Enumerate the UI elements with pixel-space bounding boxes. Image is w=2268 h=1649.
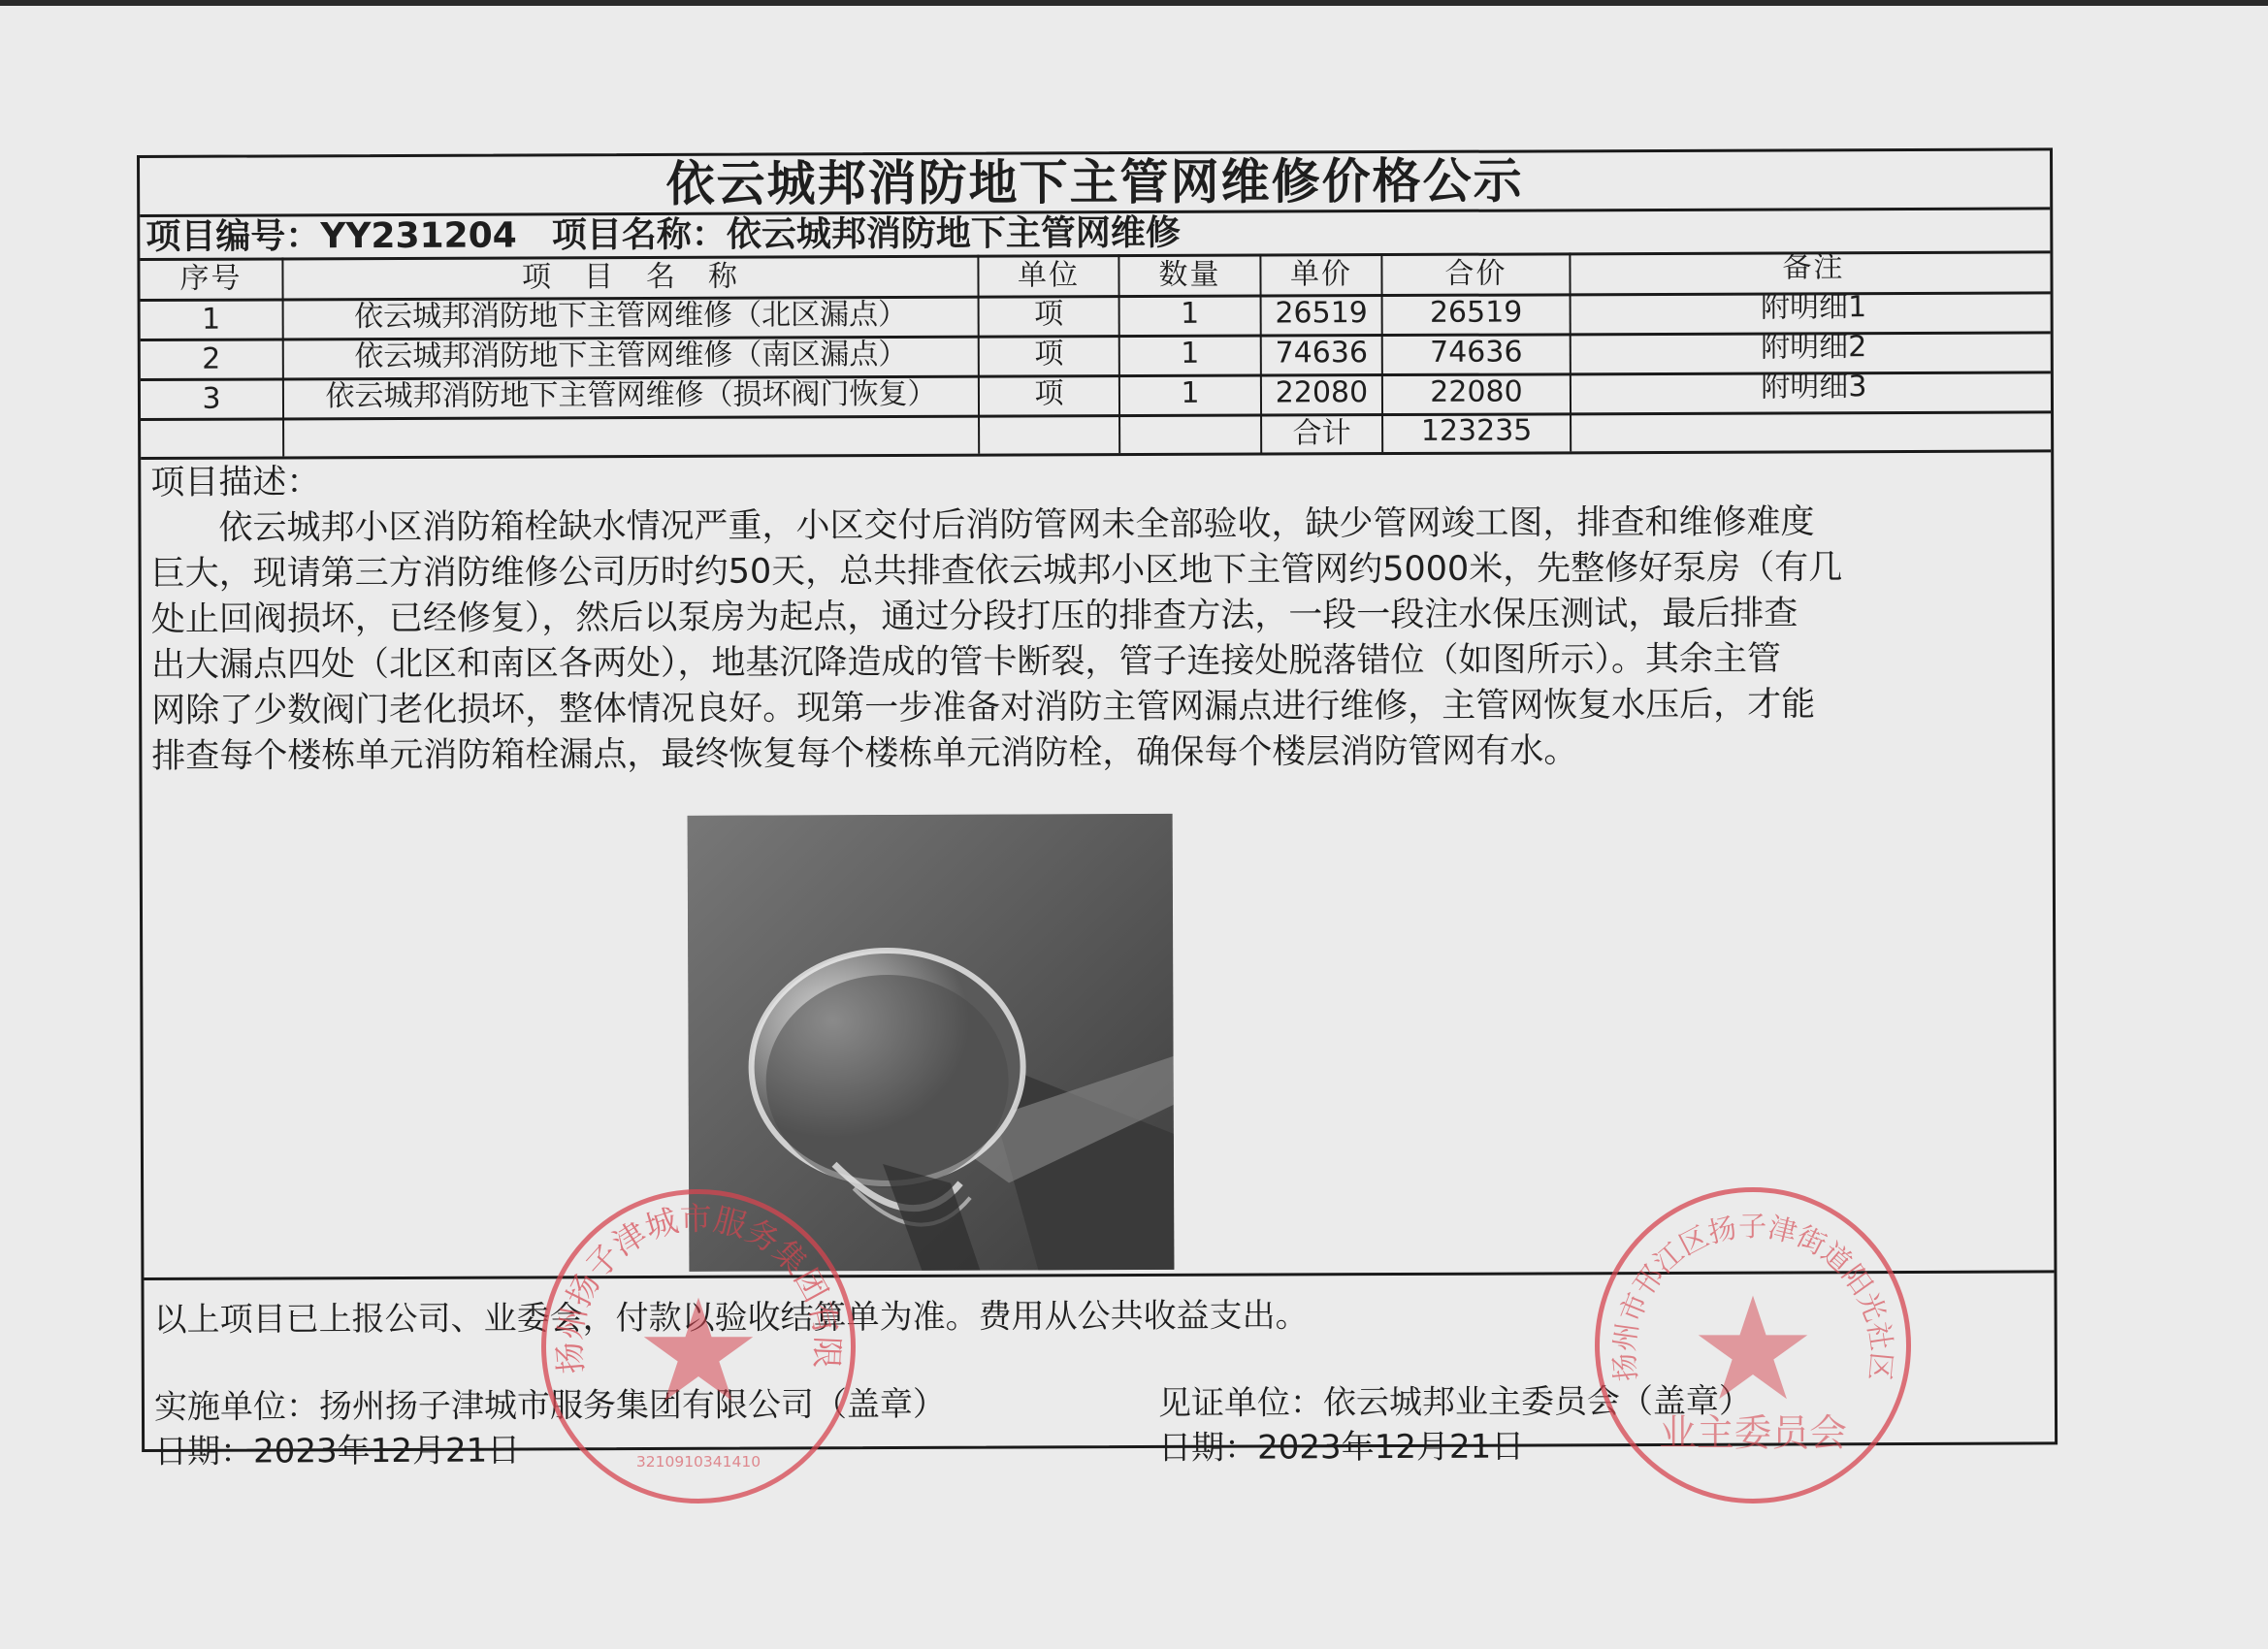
row-name: 依云城邦消防地下主管网维修（南区漏点）	[284, 337, 978, 376]
row-amount: 74636	[1383, 334, 1570, 372]
implementer-signature: 实施单位：扬州扬子津城市服务集团有限公司（盖章） 日期：2023年12月21日	[154, 1382, 946, 1474]
row-remark: 附明细2	[1571, 328, 2057, 367]
row-seq: 1	[141, 301, 282, 339]
project-no: YY231204	[320, 215, 517, 256]
row-qty: 1	[1120, 375, 1260, 413]
row-qty: 1	[1120, 336, 1260, 373]
scan-edge	[0, 0, 2268, 6]
row-price: 26519	[1262, 295, 1381, 332]
description-line: 出大漏点四处（北区和南区各两处），地基沉降造成的管卡断裂，管子连接处脱落错位（如…	[151, 636, 1843, 689]
payment-note: 以上项目已上报公司、业委会，付款以验收结算单为准。费用从公共收益支出。	[154, 1288, 1309, 1341]
project-info: 项目编号：YY231204项目名称：依云城邦消防地下主管网维修	[146, 212, 1181, 259]
description-line: 巨大，现请第三方消防维修公司历时约50天，总共排查依云城邦小区地下主管网约500…	[151, 545, 1843, 598]
row-unit: 项	[980, 296, 1118, 334]
row-unit: 项	[980, 375, 1118, 413]
description-line: 处止回阀损坏，已经修复），然后以泵房为起点，通过分段打压的排查方法，一段一段注水…	[151, 591, 1843, 643]
row-seq: 2	[141, 340, 282, 378]
pipe-photo	[688, 814, 1175, 1272]
divider	[144, 1270, 2054, 1280]
header-price: 单价	[1261, 255, 1380, 294]
row-price: 74636	[1262, 335, 1381, 372]
description-label: 项目描述：	[150, 454, 1842, 506]
row-amount: 22080	[1383, 373, 1570, 411]
row-remark: 附明细1	[1571, 288, 2057, 327]
description-line: 网除了少数阀门老化损坏，整体情况良好。现第一步准备对消防主管网漏点进行维修，主管…	[151, 682, 1843, 734]
description-line: 排查每个楼栋单元消防箱栓漏点，最终恢复每个楼栋单元消防栓，确保每个楼层消防管网有…	[151, 727, 1843, 780]
implementer: 实施单位：扬州扬子津城市服务集团有限公司（盖章）	[154, 1382, 946, 1430]
header-unit: 单位	[979, 256, 1118, 296]
project-description: 项目描述： 依云城邦小区消防箱栓缺水情况严重，小区交付后消防管网未全部验收，缺少…	[150, 454, 1843, 780]
project-no-label: 项目编号：	[146, 216, 320, 257]
row-qty: 1	[1120, 296, 1260, 334]
project-name-label: 项目名称：	[552, 215, 727, 256]
description-line: 依云城邦小区消防箱栓缺水情况严重，小区交付后消防管网未全部验收，缺少管网竣工图，…	[150, 500, 1842, 552]
document-title: 依云城邦消防地下主管网维修价格公示	[140, 150, 2050, 214]
row-unit: 项	[980, 336, 1118, 373]
row-remark: 附明细3	[1571, 368, 2057, 406]
row-amount: 26519	[1383, 294, 1570, 332]
witness-date: 日期：2023年12月21日	[1158, 1424, 1752, 1471]
row-name: 依云城邦消防地下主管网维修（北区漏点）	[284, 297, 978, 337]
header-qty: 数量	[1119, 256, 1259, 296]
header-seq: 序号	[140, 259, 281, 299]
header-name: 项 目 名 称	[283, 257, 977, 299]
witness: 见证单位：依云城邦业主委员会（盖章）	[1158, 1379, 1752, 1426]
header-remark: 备注	[1571, 247, 2056, 288]
row-seq: 3	[141, 380, 282, 418]
row-name: 依云城邦消防地下主管网维修（损坏阀门恢复）	[284, 376, 978, 416]
witness-signature: 见证单位：依云城邦业主委员会（盖章） 日期：2023年12月21日	[1158, 1379, 1752, 1471]
row-price: 22080	[1262, 374, 1381, 411]
total-label: 合计	[1262, 415, 1381, 452]
header-amount: 合价	[1382, 254, 1569, 294]
total-value: 123235	[1383, 412, 1570, 450]
price-notice-form: 依云城邦消防地下主管网维修价格公示 项目编号：YY231204项目名称：依云城邦…	[137, 147, 2057, 1452]
implementer-date: 日期：2023年12月21日	[154, 1427, 946, 1474]
project-name: 依云城邦消防地下主管网维修	[727, 213, 1181, 255]
